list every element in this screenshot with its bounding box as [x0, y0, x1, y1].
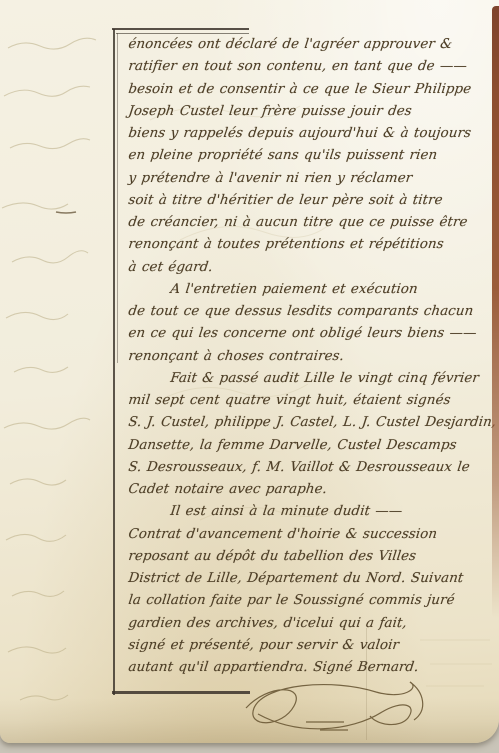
manuscript-line: S. J. Custel, philippe J. Castel, L. J. …	[127, 412, 498, 434]
manuscript-line: Joseph Custel leur frère puisse jouir de…	[127, 101, 498, 123]
manuscript-line: en ce qui les concerne ont obligé leurs …	[127, 323, 498, 345]
manuscript-scan: énoncées ont déclaré de l'agréer approuv…	[0, 0, 499, 753]
manuscript-line: de tout ce que dessus lesdits comparants…	[127, 301, 498, 323]
manuscript-line: Il est ainsi à la minute dudit ——	[127, 501, 498, 523]
manuscript-line: renonçant à toutes prétentions et répéti…	[127, 234, 498, 256]
manuscript-line: besoin et de consentir à ce que le Sieur…	[127, 79, 498, 101]
manuscript-line: Contrat d'avancement d'hoirie & successi…	[127, 524, 498, 546]
manuscript-line: S. Desrousseaux, f. M. Vaillot & Desrous…	[127, 457, 498, 479]
manuscript-line: à cet égard.	[127, 257, 498, 279]
manuscript-line: y prétendre à l'avenir ni rien y réclame…	[127, 168, 498, 190]
manuscript-line: Dansette, la femme Darvelle, Custel Desc…	[127, 435, 498, 457]
manuscript-line: renonçant à choses contraires.	[127, 346, 498, 368]
manuscript-line: autant qu'il appartiendra. Signé Bernard…	[127, 657, 498, 679]
manuscript-line: mil sept cent quatre vingt huit, étaient…	[127, 390, 498, 412]
manuscript-line: Fait & passé audit Lille le vingt cinq f…	[127, 368, 498, 390]
paper-sheet: énoncées ont déclaré de l'agréer approuv…	[0, 0, 499, 743]
margin-rule-vertical	[113, 29, 115, 695]
paper-bottom-fold	[0, 698, 499, 743]
text-block: énoncées ont déclaré de l'agréer approuv…	[127, 34, 495, 679]
manuscript-line: ratifier en tout son contenu, en tant qu…	[127, 56, 498, 78]
manuscript-line: reposant au dépôt du tabellion des Ville…	[127, 546, 498, 568]
manuscript-line: gardien des archives, d'icelui qui a fai…	[127, 613, 498, 635]
manuscript-line: biens y rappelés depuis aujourd'hui & à …	[127, 123, 498, 145]
manuscript-line: signé et présenté, pour servir & valoir	[127, 635, 498, 657]
binding-edge	[492, 6, 499, 618]
manuscript-line: A l'entretien paiement et exécution	[127, 279, 498, 301]
manuscript-line: soit à titre d'héritier de leur père soi…	[127, 190, 498, 212]
manuscript-line: en pleine propriété sans qu'ils puissent…	[127, 145, 498, 167]
manuscript-line: Cadet notaire avec paraphe.	[127, 479, 498, 501]
manuscript-line: de créancier, ni à aucun titre que ce pu…	[127, 212, 498, 234]
manuscript-line: District de Lille, Département du Nord. …	[127, 568, 498, 590]
margin-rule-vertical-double	[117, 33, 118, 363]
manuscript-line: énoncées ont déclaré de l'agréer approuv…	[127, 34, 498, 56]
margin-rule-top	[112, 28, 249, 30]
manuscript-line: la collation faite par le Soussigné comm…	[127, 590, 498, 612]
